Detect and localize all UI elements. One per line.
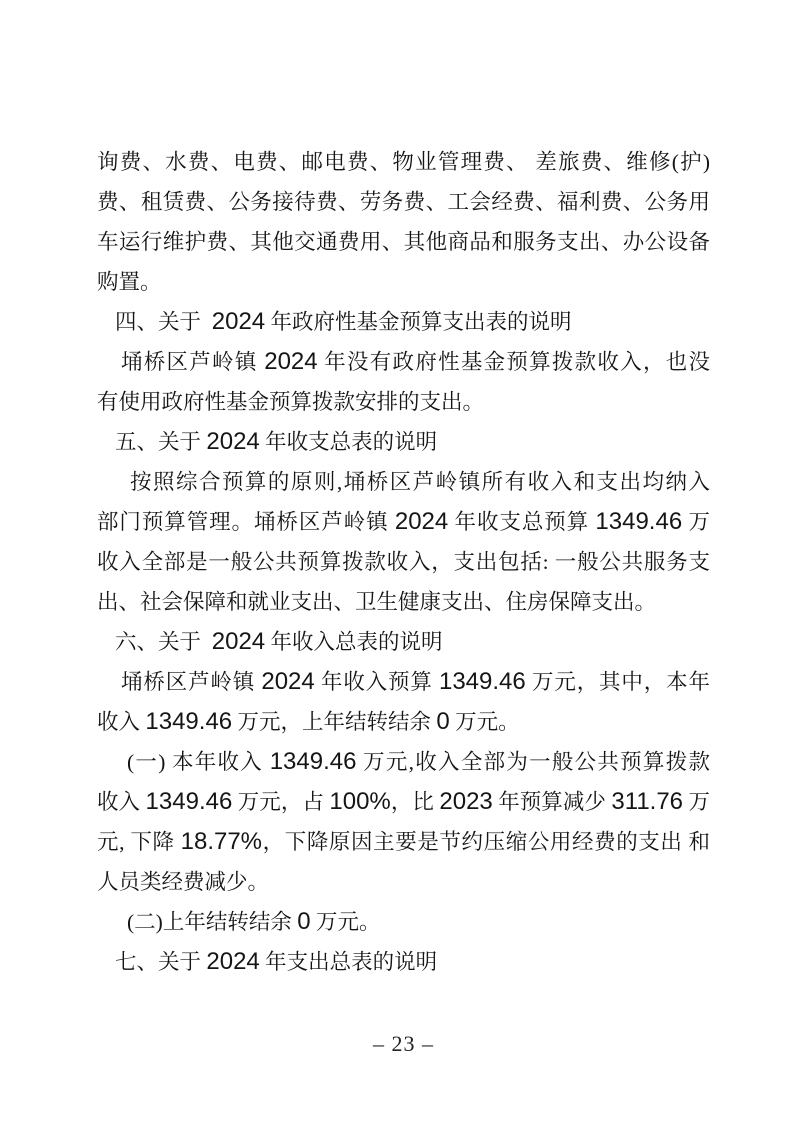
text-line: 元, 下降 18.77%，下降原因主要是节约压缩公用经费的支出 和 bbox=[97, 822, 710, 862]
text-line: 收入 1349.46 万元，上年结转结余 0 万元。 bbox=[97, 702, 710, 742]
document-page: 询费、水费、电费、邮电费、物业管理费、 差旅费、维修(护) 费、租赁费、公务接待… bbox=[0, 0, 793, 1122]
numeric-text: 0 bbox=[297, 908, 310, 935]
text-line: 收入全部是一般公共预算拨款收入，支出包括: 一般公共服务支 bbox=[97, 542, 710, 582]
numeric-text: 18.77% bbox=[181, 828, 262, 855]
text-line: 有使用政府性基金预算拨款安排的支出。 bbox=[97, 382, 710, 422]
numeric-text: 100% bbox=[329, 788, 390, 815]
section-heading: 六、关于 2024 年收入总表的说明 bbox=[97, 622, 710, 662]
numeric-text: 2023 bbox=[439, 788, 492, 815]
section-heading: 七、关于 2024 年支出总表的说明 bbox=[97, 942, 710, 982]
numeric-text: 2024 bbox=[206, 428, 259, 455]
section-heading: 五、关于 2024 年收支总表的说明 bbox=[97, 422, 710, 462]
text-line: 询费、水费、电费、邮电费、物业管理费、 差旅费、维修(护) bbox=[97, 142, 710, 182]
text-block: 询费、水费、电费、邮电费、物业管理费、 差旅费、维修(护) 费、租赁费、公务接待… bbox=[97, 142, 710, 982]
numeric-text: 1349.46 bbox=[270, 748, 357, 775]
section-heading: 四、关于 2024 年政府性基金预算支出表的说明 bbox=[97, 302, 710, 342]
text-line: 收入 1349.46 万元，占 100%，比 2023 年预算减少 311.76… bbox=[97, 782, 710, 822]
numeric-text: 2024 bbox=[261, 668, 314, 695]
text-line: (一) 本年收入 1349.46 万元,收入全部为一般公共预算拨款 bbox=[97, 742, 710, 782]
numeric-text: 0 bbox=[436, 708, 449, 735]
text-line: (二)上年结转结余 0 万元。 bbox=[97, 902, 710, 942]
numeric-text: 2024 bbox=[212, 628, 265, 655]
numeric-text: 2024 bbox=[264, 348, 317, 375]
text-line: 按照综合预算的原则,埇桥区芦岭镇所有收入和支出均纳入 bbox=[97, 462, 710, 502]
text-line: 购置。 bbox=[97, 262, 710, 302]
numeric-text: 2024 bbox=[206, 948, 259, 975]
text-line: 部门预算管理。埇桥区芦岭镇 2024 年收支总预算 1349.46 万元， bbox=[97, 502, 710, 542]
numeric-text: 1349.46 bbox=[146, 788, 233, 815]
text-line: 出、社会保障和就业支出、卫生健康支出、住房保障支出。 bbox=[97, 582, 710, 622]
numeric-text: 2024 bbox=[395, 508, 448, 535]
text-line: 埇桥区芦岭镇 2024 年收入预算 1349.46 万元，其中，本年 bbox=[97, 662, 710, 702]
numeric-text: 311.76 bbox=[611, 788, 683, 815]
text-line: 费、租赁费、公务接待费、劳务费、工会经费、福利费、公务用 bbox=[97, 182, 710, 222]
text-line: 埇桥区芦岭镇 2024 年没有政府性基金预算拨款收入，也没 bbox=[97, 342, 710, 382]
numeric-text: 1349.46 bbox=[145, 708, 232, 735]
text-line: 人员类经费减少。 bbox=[97, 862, 710, 902]
numeric-text: 1349.46 bbox=[595, 508, 682, 535]
numeric-text: 1349.46 bbox=[439, 668, 526, 695]
text-line: 车运行维护费、其他交通费用、其他商品和服务支出、办公设备 bbox=[97, 222, 710, 262]
page-number: – 23 – bbox=[97, 1028, 710, 1060]
numeric-text: 2024 bbox=[212, 308, 265, 335]
